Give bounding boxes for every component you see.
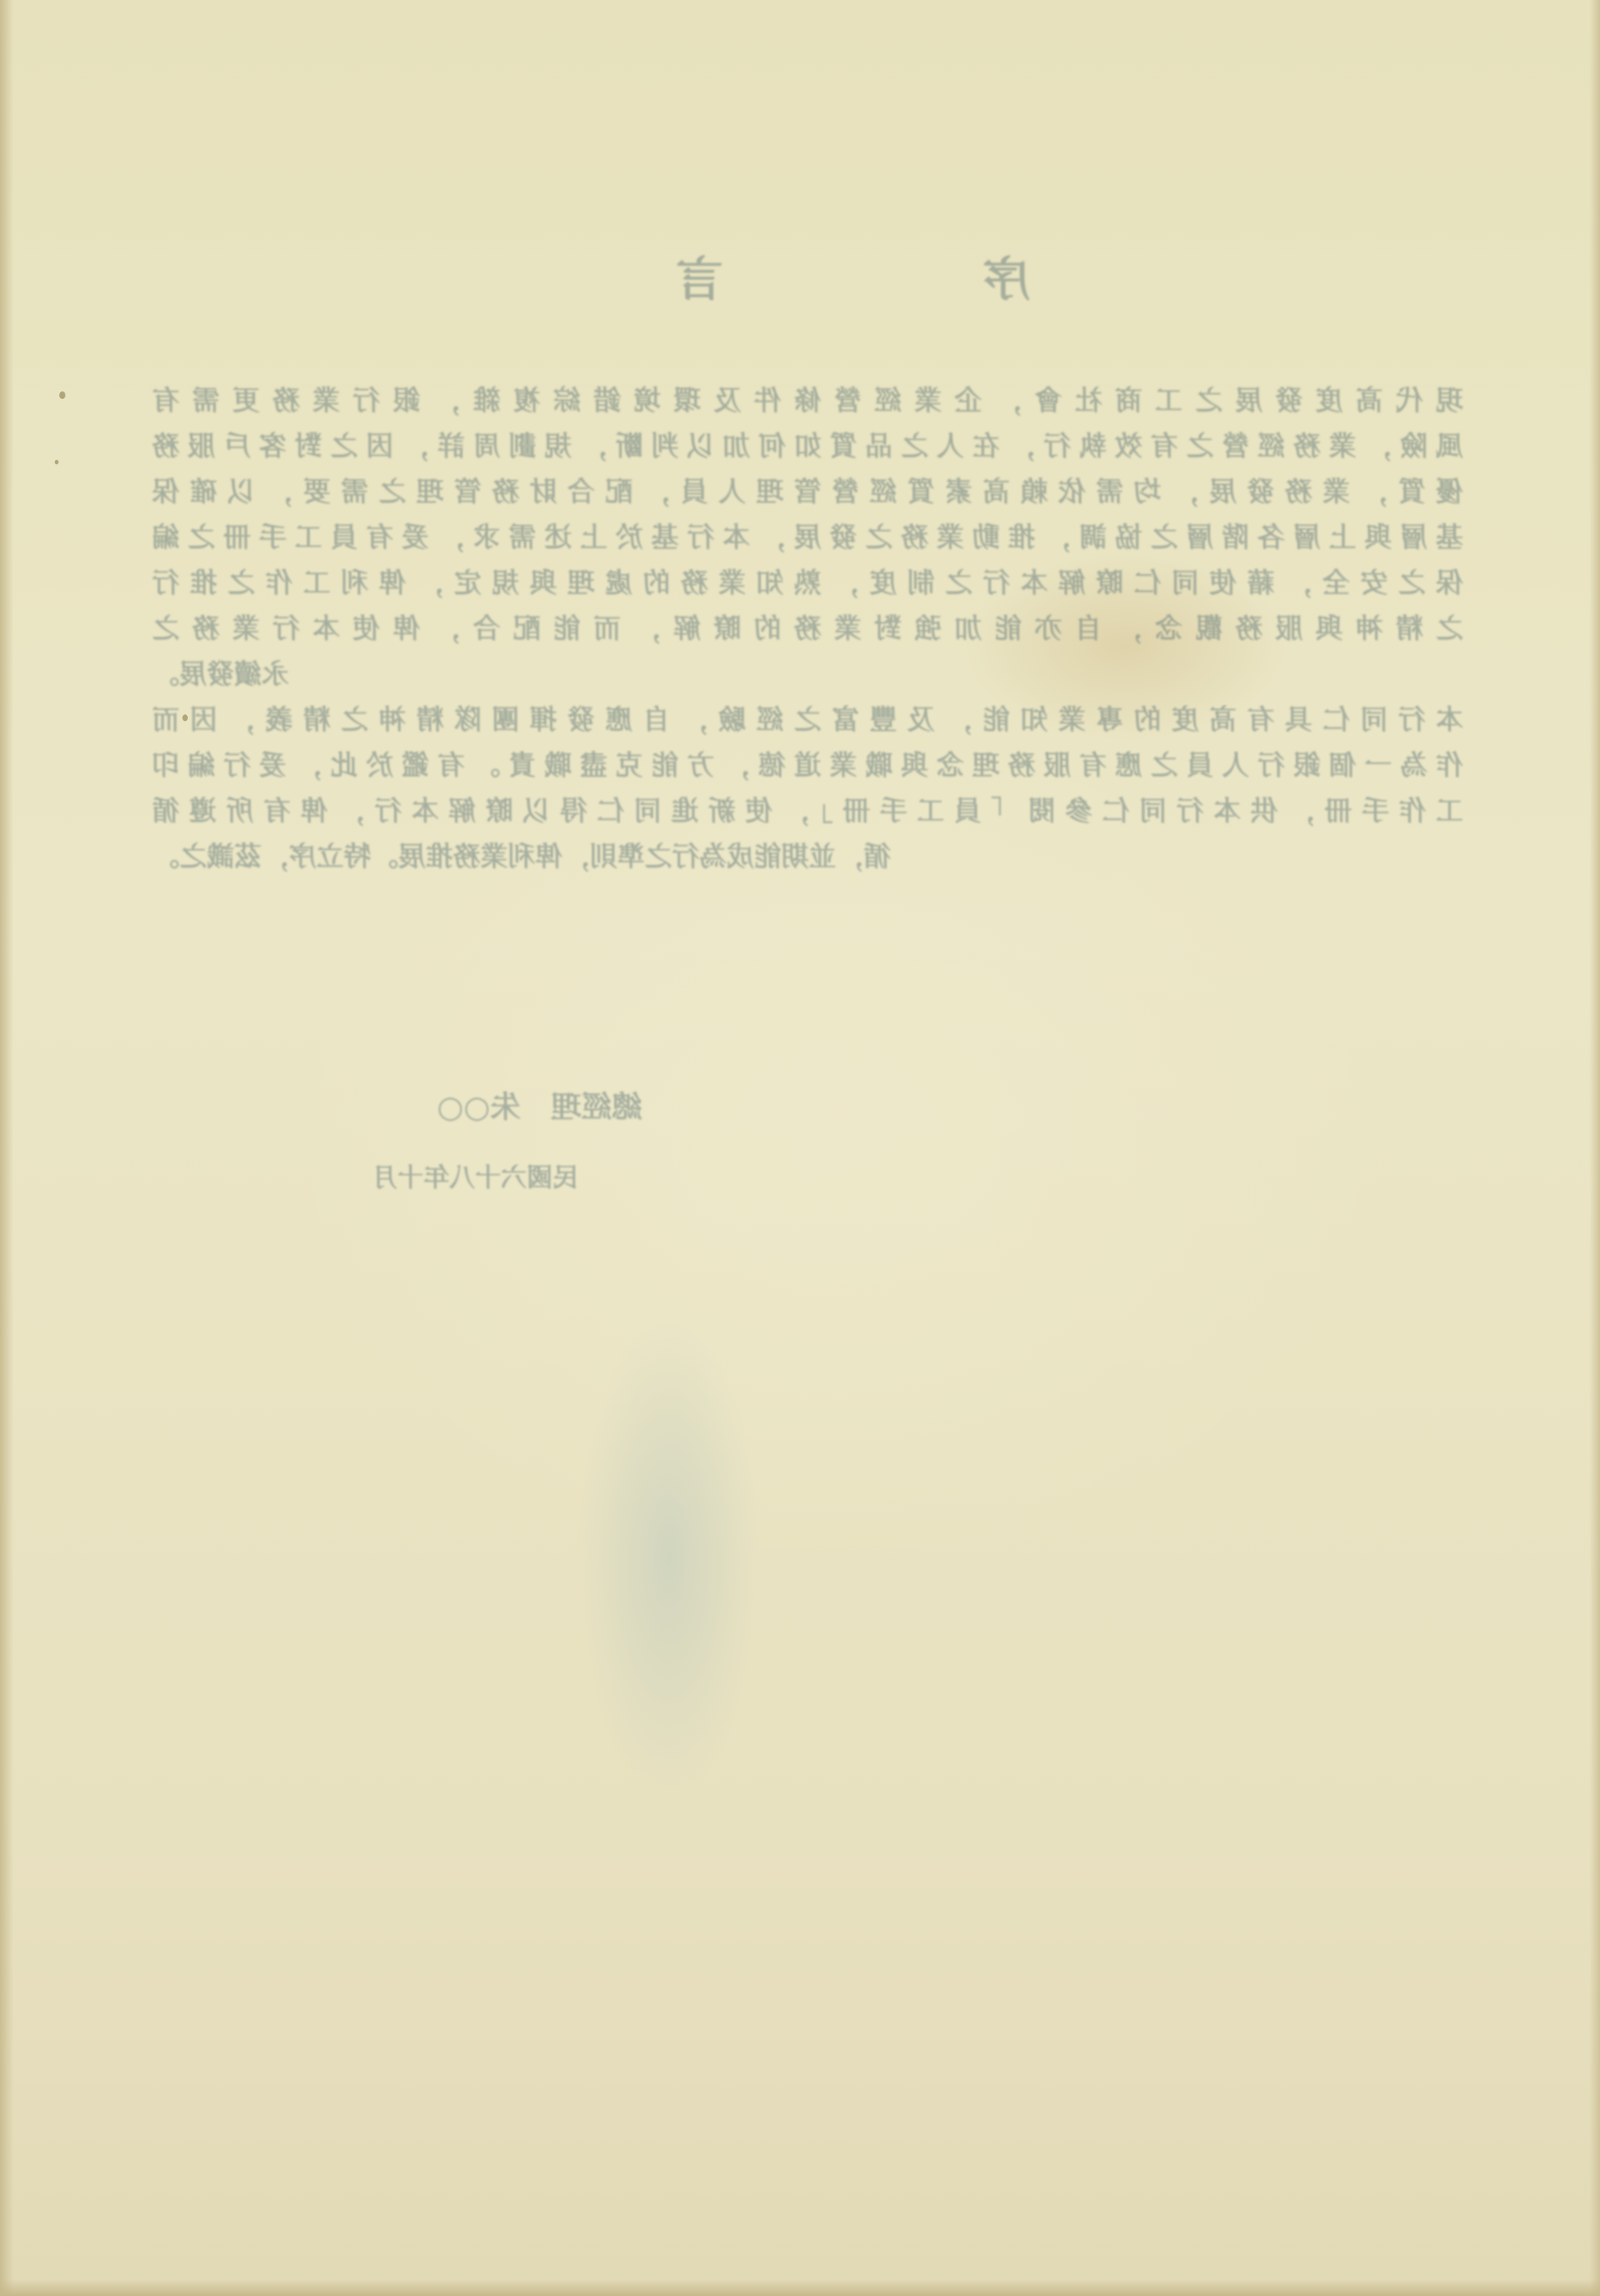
signature-text: 總經理 朱○○ [437,1083,642,1126]
signature: 總經理 朱○○ [342,1083,737,1126]
paper-edge-right [1589,0,1600,2296]
paper-edge-bottom [0,2279,1600,2296]
paper-speck [59,391,65,399]
title-text: 序 言 [569,242,1136,309]
preface-body: 現代高度發展之工商社會，企業經營條件及環境錯綜複雜，銀行業務更需有 風險，業務經… [152,378,1463,880]
body-line: 循，並期能成為行之準則，俾利業務推展。特立序，茲識之。 [152,834,1463,880]
body-line: 本行同仁具有高度的專業知能，及豐富之經驗，自應發揮團隊精神之精義，因而 [152,698,1463,743]
mirrored-text-block: 現代高度發展之工商社會，企業經營條件及環境錯綜複雜，銀行業務更需有 風險，業務經… [152,378,1463,880]
body-line: 基層與上層各階層之協調，推動業務之發展，本行基於上述需求，爰有員工手冊之編 [152,515,1463,561]
body-line: 永續發展。 [152,652,1463,698]
paper-edge-left [0,0,14,2296]
page-title: 序 言 [0,242,1600,309]
body-line: 現代高度發展之工商社會，企業經營條件及環境錯綜複雜，銀行業務更需有 [152,378,1463,424]
body-line: 作為一個銀行人員之應有服務理念與職業道德，方能克盡職責。有鑑於此，爰行編印 [152,743,1463,789]
date-text: 民國六十八年十月 [372,1157,578,1194]
paper-speck [55,460,59,464]
paper-speck [182,714,188,721]
body-line: 之精神與服務觀念，自亦能加強對業務的瞭解，而能配合，俾使本行業務之 [152,606,1463,652]
date-line: 民國六十八年十月 [289,1157,661,1194]
body-line: 工作手冊，供本行同仁參閱「員工手冊」，使新進同仁得以瞭解本行，俾有所遵循 [152,789,1463,834]
body-line: 優質，業務發展，均需依賴高素質經營管理人員，配合財務管理之需要，以確保 [152,470,1463,515]
body-line: 風險，業務經營之有效執行，在人之品質如何加以判斷，規劃周詳，因之對客戶服務 [152,424,1463,470]
paper-background [0,0,1600,2296]
body-line: 保之安全，藉使同仁瞭解本行之制度，熟知業務的處理與規定，俾利工作之推行 [152,561,1463,606]
